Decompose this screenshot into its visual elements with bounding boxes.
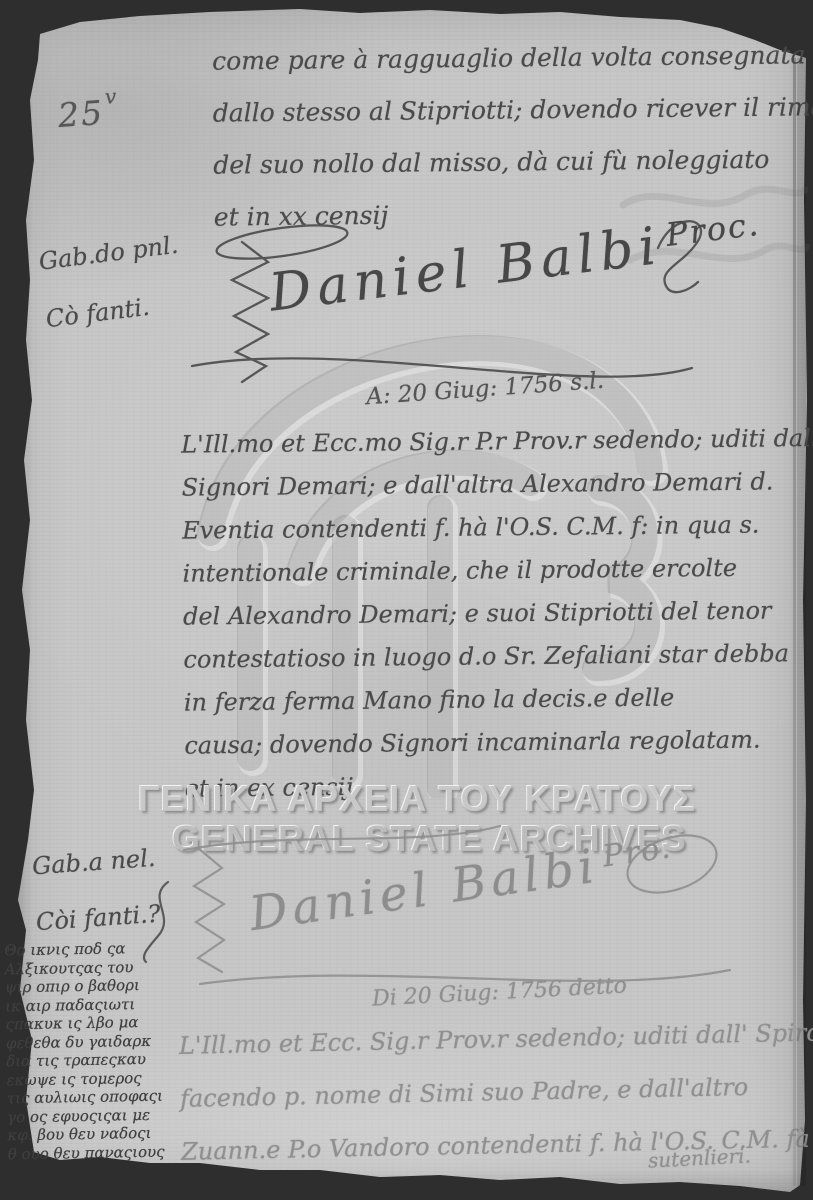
handwritten-line: L'Ill.mo et Ecc.mo Sig.r P.r Prov.r sede…: [181, 416, 813, 466]
folio-number-suffix: v: [104, 84, 119, 109]
middle-paragraph: L'Ill.mo et Ecc.mo Sig.r P.r Prov.r sede…: [181, 416, 813, 810]
margin-note-upper: Gab.do pnl. Cò fanti.: [35, 216, 188, 348]
greek-note-line: θ ουο θευ παναςιους: [8, 1142, 165, 1163]
handwritten-line: del Alexandro Demari; e suoi Stipriotti …: [183, 588, 813, 638]
handwritten-line: Eventia contendenti f. hà l'O.S. C.M. f:…: [182, 502, 813, 552]
page-fold-line: [793, 58, 796, 1186]
greek-note-line: τις αυλιωις οποφαςι: [7, 1087, 164, 1108]
handwritten-line: del suo nollo dal misso, dà cui fù noleg…: [213, 132, 813, 191]
handwritten-line: come pare à ragguaglio della volta conse…: [212, 28, 813, 87]
greek-note-line: κφ. βου θευ ναδοςι: [7, 1124, 164, 1145]
handwritten-line: dallo stesso al Stipriotti; dovendo rice…: [212, 80, 813, 139]
greek-note-line: ψιρ οπιρ ο βαθορι: [5, 976, 162, 997]
handwritten-line: in ferza ferma Mano fino la decis.e dell…: [184, 674, 813, 724]
handwritten-line: contestatioso in luogo d.o Sr. Zefaliani…: [183, 631, 813, 681]
handwritten-line: causa; dovendo Signori incaminarla regol…: [184, 717, 813, 767]
handwritten-line: intentionale criminale, che il prodotte …: [182, 545, 813, 595]
folio-number: 25v: [57, 92, 119, 135]
scanned-manuscript: 25v come pare à ragguaglio della volta c…: [0, 0, 813, 1200]
greek-note-line: δια τις τραπεςκαυ: [6, 1050, 163, 1071]
signature-suffix: Pro.: [601, 830, 675, 874]
handwritten-line: Signori Demari; e dall'altra Alexandro D…: [181, 459, 813, 509]
folio-number-value: 25: [57, 93, 106, 135]
greek-margin-note: Θο ικνις ποδ ςα Αλξικουτςας του ψιρ οπιρ…: [4, 939, 165, 1164]
page-edge-shadow: [797, 58, 806, 1186]
